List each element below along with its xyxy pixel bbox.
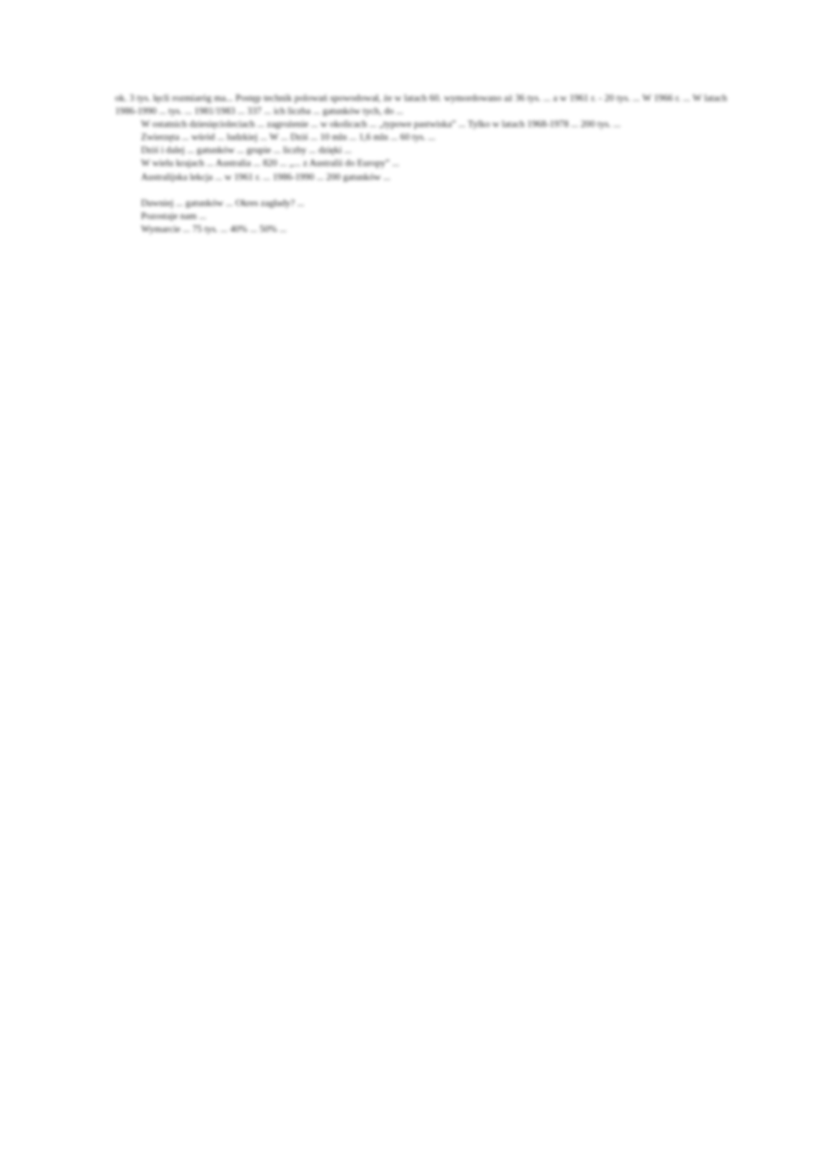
- paragraph-7: Dawniej ... gatunków ... Okres zagłady? …: [115, 197, 727, 210]
- paragraph-3: Zwierzęta ... wśród ... ludzkiej ... W .…: [115, 131, 727, 144]
- paragraph-8: Pozostaje nam ...: [115, 210, 727, 223]
- paragraph-6: Australijska lekcja ... w 1961 r. ... 19…: [115, 171, 727, 184]
- paragraph-4: Dziś i dalej ... gatunków ... grupie ...…: [115, 144, 727, 157]
- document-page: ok. 3 tys. lęcli rozmiaróg ma... Postęp …: [115, 92, 727, 236]
- paragraph-1: ok. 3 tys. lęcli rozmiaróg ma... Postęp …: [115, 92, 727, 118]
- paragraph-gap: [115, 184, 727, 197]
- paragraph-2: W ostatnich dziesięcioleciach ... zagroż…: [115, 118, 727, 131]
- paragraph-5: W wielu krajach ... Australia ... 820 ..…: [115, 157, 727, 170]
- paragraph-9: Wymarcie ... 75 tys. ... 40% ... 50% ...: [115, 223, 727, 236]
